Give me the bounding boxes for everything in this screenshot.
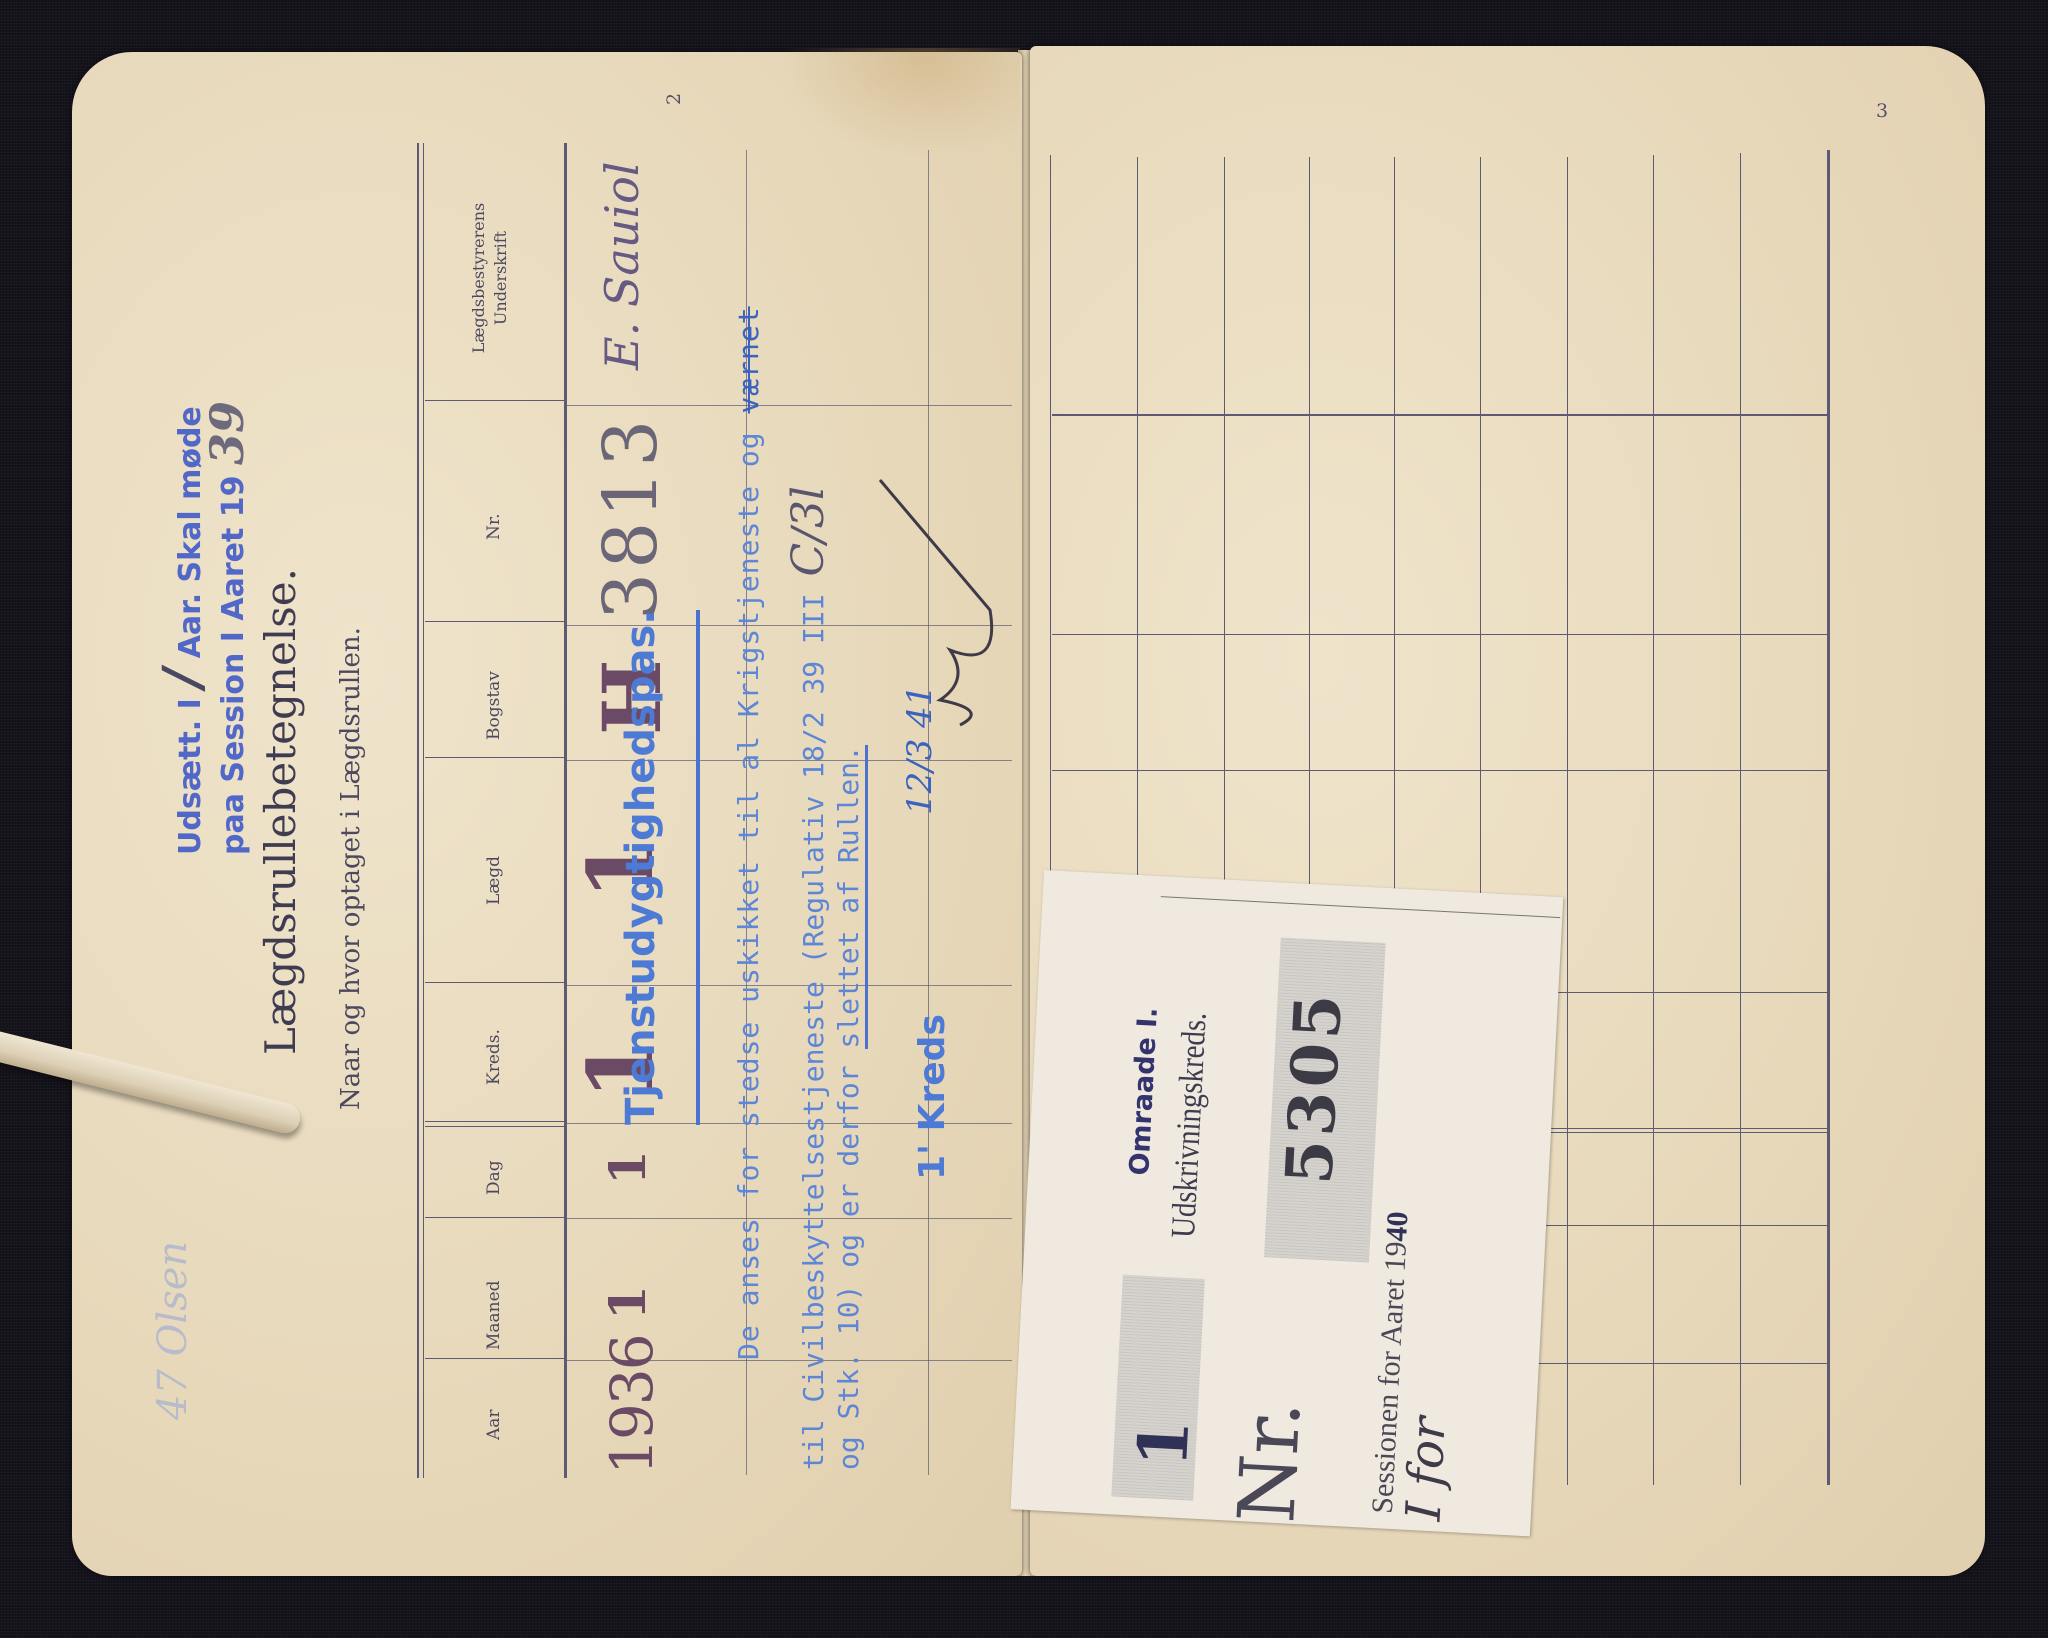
stamp-text-line1: De anses for stedse uskikket til al Krig… <box>732 306 765 1360</box>
header-nr: Nr. <box>484 513 504 540</box>
value-dag: 1 <box>598 1150 657 1185</box>
value-maaned: 1 <box>598 1285 657 1320</box>
sticker-handwritten-note: I for <box>1396 1416 1457 1523</box>
header-bogstav: Bogstav <box>484 671 504 740</box>
sticker-nr-label: Nr. <box>1222 1399 1318 1525</box>
sticker-district-number: 1 <box>1123 1418 1205 1469</box>
row-line <box>425 1121 565 1122</box>
grid-line <box>1653 155 1654 1485</box>
grid-row-line <box>1052 770 1828 771</box>
postpone-stamp-line2: paa Session I Aaret 19 39 <box>200 401 254 855</box>
session-year-suffix: 40 <box>1380 1211 1415 1243</box>
grid-row-line <box>1052 414 1828 416</box>
header-kreds: Kreds. <box>484 1029 504 1085</box>
grid-line <box>1740 153 1741 1485</box>
grid-row-line <box>1052 634 1828 635</box>
underlined-text: slettet af Rullen. <box>832 745 868 1048</box>
value-nr: 3813 <box>588 416 674 620</box>
kreds-stamp: 1' Kreds <box>912 1014 953 1180</box>
margin-pencil-note: 47 Olsen <box>150 1241 196 1420</box>
row-line <box>567 405 1012 406</box>
header-aar: Aar <box>484 1409 504 1440</box>
stamp-text-line3: og Stk. 10) og er derfor slettet af Rull… <box>832 745 865 1470</box>
row-line <box>425 757 565 758</box>
initials-scribble-icon <box>870 470 1030 730</box>
header-dag: Dag <box>484 1160 504 1195</box>
signature-value: E. Sauiol <box>595 161 649 370</box>
table-border <box>417 143 419 1478</box>
grid-border <box>1827 150 1830 1485</box>
row-line <box>425 1358 565 1359</box>
stamp-text: paa Session I Aaret 19 <box>216 475 251 855</box>
sticker-district-label: Udskrivningskreds. <box>1165 1012 1215 1239</box>
stamp-underline <box>696 610 700 1125</box>
row-line <box>425 982 565 983</box>
header-maaned: Maaned <box>484 1280 504 1350</box>
struck-word: værnet <box>732 306 765 413</box>
grid-line <box>1567 157 1568 1485</box>
stamp-text-line2: til Civilbeskyttelsestjeneste (Regulativ… <box>783 486 834 1470</box>
stamp-text: og Stk. 10) og er derfor <box>832 1065 865 1470</box>
header-laegd: Lægd <box>484 856 504 905</box>
sticker-nr-value: 5305 <box>1272 988 1357 1186</box>
district-sticker: 1 Omraade I. Udskrivningskreds. Nr. 5305… <box>1011 870 1564 1536</box>
stamp-text: De anses for stedse uskikket til al Krig… <box>732 431 765 1360</box>
value-aar: 1936 <box>598 1335 666 1475</box>
row-line <box>425 400 565 401</box>
table-border <box>423 143 424 1478</box>
page-number-left: 2 <box>663 93 685 105</box>
page-title: Lægdsrullebetegnelse. <box>256 568 305 1055</box>
header-signature: Lægdsbestyrerens Underskrift <box>468 178 512 378</box>
row-line <box>425 1217 565 1218</box>
stamp-text: til Civilbeskyttelsestjeneste (Regulativ… <box>797 593 830 1470</box>
row-line <box>425 621 565 622</box>
water-stain <box>780 48 1020 158</box>
handwritten-reference: C/3l <box>783 486 834 577</box>
unfit-pass-stamp-title: Tjenstudygtighedspas. <box>618 610 664 1126</box>
handwritten-year: 39 <box>200 401 254 465</box>
page-number-right: 3 <box>1876 100 1888 122</box>
row-line <box>425 1126 565 1127</box>
sticker-area-label: Omraade I. <box>1124 1007 1164 1177</box>
page-subtitle: Naar og hvor optaget i Lægdsrullen. <box>336 627 366 1110</box>
table-border <box>564 143 567 1478</box>
sticker-rule <box>1161 896 1561 918</box>
